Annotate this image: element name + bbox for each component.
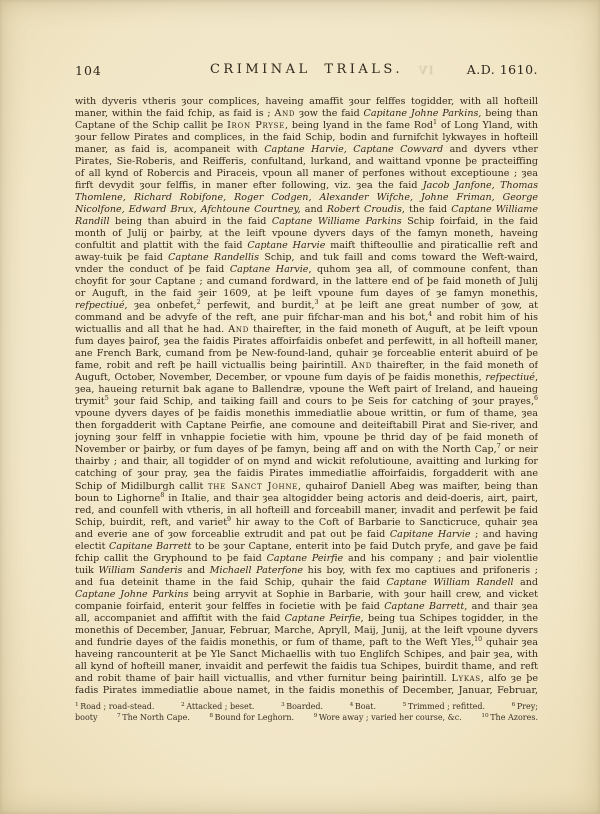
footnote-entry: 5Trimmed ; refitted. — [403, 702, 485, 713]
footnote-entry: 9Wore away ; varied her course, &c. — [314, 713, 462, 724]
footnote-entry: 4Boat. — [350, 702, 376, 713]
page-date: A.D. 1610. — [467, 62, 538, 77]
footnote-entry: 8Bound for Leghorn. — [209, 713, 294, 724]
trial-record-text: with dyveris vtheris ȝour complices, hav… — [75, 96, 538, 698]
book-page: 104 CRIMINAL TRIALS. IV A.D. 1610. with … — [0, 0, 600, 814]
footnote-entry: 7The North Cape. — [117, 713, 190, 724]
footnote-entry: 1Road ; road-stead. — [75, 702, 154, 713]
show-through-text: IV — [417, 64, 433, 77]
page-header: 104 CRIMINAL TRIALS. IV A.D. 1610. — [75, 62, 538, 80]
footnote-entry: booty — [75, 713, 98, 724]
footnote-line: booty7The North Cape.8Bound for Leghorn.… — [75, 713, 538, 724]
footnote-line: 1Road ; road-stead.2Attacked ; beset.3Bo… — [75, 702, 538, 713]
footnote-entry: 2Attacked ; beset. — [181, 702, 254, 713]
footnotes: 1Road ; road-stead.2Attacked ; beset.3Bo… — [75, 702, 538, 724]
footnote-entry: 10The Azores. — [481, 713, 538, 724]
footnote-entry: 3Boarded. — [281, 702, 323, 713]
footnote-entry: 6Prey; — [512, 702, 538, 713]
